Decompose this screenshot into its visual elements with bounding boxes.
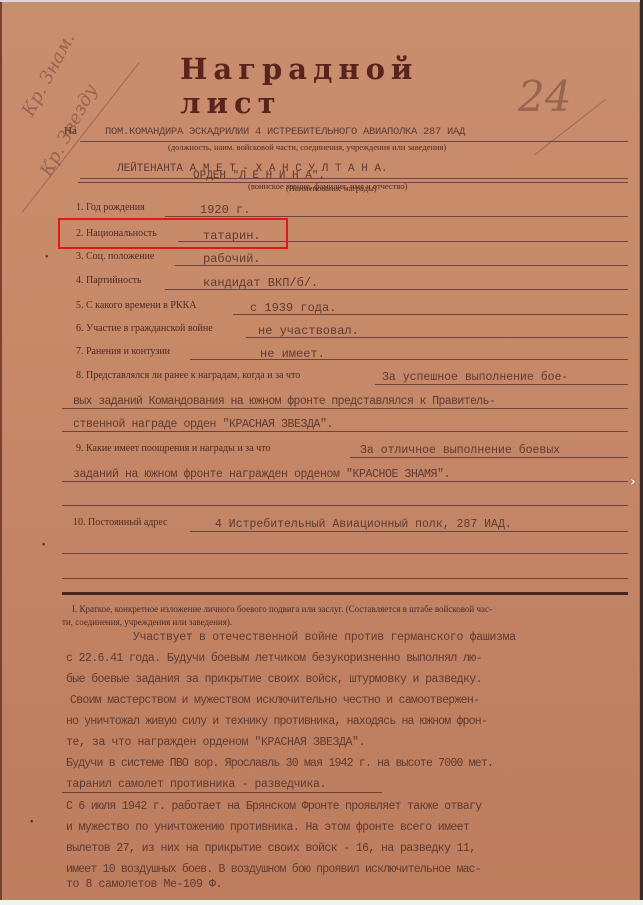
underline xyxy=(350,457,628,458)
position-caption: (должность, наим. войсковой части, соеди… xyxy=(168,142,446,152)
underline xyxy=(190,531,628,532)
underline xyxy=(375,384,628,385)
bottom-border xyxy=(0,900,643,905)
highlight-box xyxy=(58,218,288,249)
field-party-label: 4. Партийность xyxy=(76,275,142,286)
field-address-label: 10. Постоянный адрес xyxy=(73,517,167,528)
section-body-line: имеет 10 воздушных боев. В воздушном бою… xyxy=(66,863,481,876)
field-wounds-label: 7. Ранения и контузии xyxy=(76,346,170,357)
field-civil-war-label: 6. Участие в гражданской войне xyxy=(76,323,213,334)
underline-emphasis xyxy=(62,792,382,793)
chevron-right-icon[interactable]: › xyxy=(630,475,642,489)
field-honors-label: 9. Какие имеет поощрения и награды и за … xyxy=(76,443,270,454)
section-body-line: таранил самолет противника - разведчика. xyxy=(66,778,326,791)
underline xyxy=(165,216,628,217)
field-honors-line-1: За отличное выполнение боевых xyxy=(360,444,560,457)
section-body-line: бые боевые задания за прикрытие своих во… xyxy=(66,673,482,686)
section-heading-line-2: ти, соединения, учреждения или заведения… xyxy=(62,617,232,627)
underline xyxy=(62,578,628,579)
handwritten-number: 24 xyxy=(518,72,571,121)
award-caption: (Наименование награды) xyxy=(286,183,377,193)
award-name: ОРДЕН "Л Е Н И Н А". xyxy=(193,170,325,182)
section-heading-line-1: I. Краткое, конкретное изложение личного… xyxy=(72,604,492,614)
underline xyxy=(233,314,628,315)
underline xyxy=(62,408,628,409)
underline xyxy=(175,265,628,266)
section-body-line: Будучи в системе ПВО вор. Ярославль 30 м… xyxy=(66,757,493,770)
bullet-mark: • xyxy=(45,252,49,263)
field-social-status-value: рабочий. xyxy=(203,252,261,266)
field-civil-war-value: не участвовал. xyxy=(258,324,359,338)
field-birth-year-value: 1920 г. xyxy=(200,203,250,217)
page-title: Наградной лист xyxy=(180,52,520,120)
section-body-line: то 8 самолетов Ме-109 Ф. xyxy=(66,878,222,891)
underline xyxy=(246,337,628,338)
section-body-line: и мужество по уничтожению противника. На… xyxy=(66,821,469,834)
bullet-mark: • xyxy=(30,817,34,828)
section-body-line: Участвует в отечественной войне против г… xyxy=(133,631,516,644)
number-prefix: На xyxy=(64,125,77,137)
underline xyxy=(62,553,628,554)
field-prior-awards-line-1: За успешное выполнение бое- xyxy=(382,371,568,384)
section-body-line: с 22.6.41 года. Будучи боевым летчиком б… xyxy=(66,652,482,665)
field-address-value: 4 Истребительный Авиационный полк, 287 И… xyxy=(215,518,512,531)
underline xyxy=(190,359,628,360)
section-body-line: но уничтожал живую силу и технику против… xyxy=(66,715,487,728)
field-party-value: кандидат ВКП/б/. xyxy=(203,276,318,290)
bullet-mark: • xyxy=(42,540,46,551)
underline xyxy=(80,178,628,179)
field-rkka-since-label: 5. С какого времени в РККА xyxy=(76,300,197,311)
field-honors-line-2: заданий на южном фронте награжден ордено… xyxy=(73,468,450,481)
section-body-line: С 6 июля 1942 г. работает на Брянском Фр… xyxy=(66,800,481,813)
field-prior-awards-line-2: вых заданий Командования на южном фронте… xyxy=(73,395,495,408)
section-body-line: вылетов 27, из них на прикрытие своих во… xyxy=(66,842,476,855)
underline xyxy=(62,431,628,432)
underline xyxy=(165,289,628,290)
section-body-line: Своим мастерством и мужеством исключител… xyxy=(70,694,479,707)
field-prior-awards-line-3: ственной награде орден "КРАСНАЯ ЗВЕЗДА". xyxy=(73,418,333,431)
field-prior-awards-label: 8. Представлялся ли ранее к наградам, ко… xyxy=(76,370,300,381)
section-body-line: те, за что награжден орденом "КРАСНАЯ ЗВ… xyxy=(66,736,365,749)
field-rkka-since-value: с 1939 года. xyxy=(250,301,336,315)
section-divider xyxy=(62,592,628,595)
underline xyxy=(62,505,628,506)
field-birth-year-label: 1. Год рождения xyxy=(76,202,145,213)
position-unit: ПОМ.КОМАНДИРА ЭСКАДРИЛИИ 4 ИСТРЕБИТЕЛЬНО… xyxy=(105,126,465,138)
field-social-status-label: 3. Соц. положение xyxy=(76,251,154,262)
underline xyxy=(62,481,628,482)
